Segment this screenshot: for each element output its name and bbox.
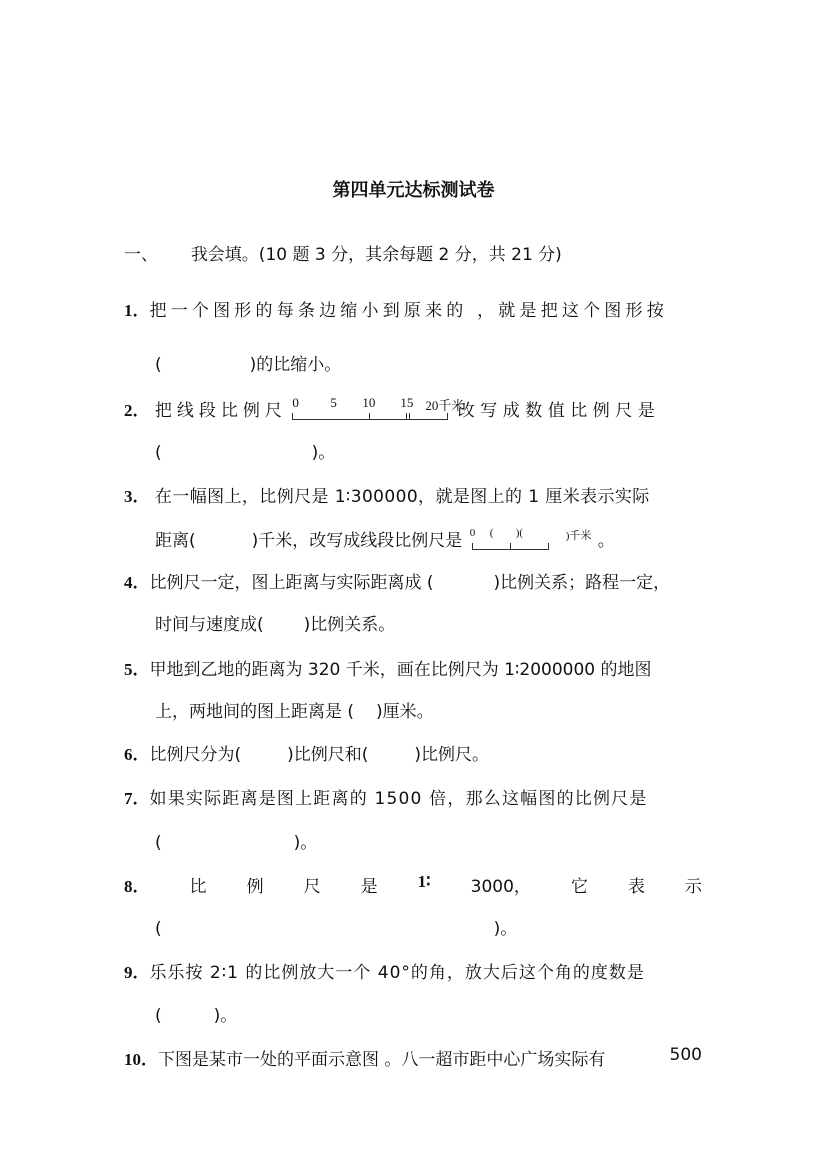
question-text: )千米，改写成线段比例尺是 — [252, 531, 463, 551]
question-number: 3． — [124, 487, 150, 506]
scale-label: 10 — [362, 395, 375, 411]
question-9-line-1: 9．乐乐按 2∶1 的比例放大一个 40°的角，放大后这个角的度数是 — [124, 958, 645, 983]
scale-label-blank[interactable]: )( — [516, 527, 523, 539]
question-4-line-2: 时间与速度成()比例关系。 — [155, 610, 395, 635]
line-scale-bar-blank: 0 ( )( )千米 — [468, 531, 598, 551]
question-text: )比例关系；路程一定， — [494, 573, 671, 593]
question-text: 比例尺分为( — [150, 745, 242, 765]
question-word: 表 — [628, 872, 645, 897]
question-9-line-2: ()。 — [155, 1001, 237, 1026]
question-1-line-1: 1．把一个图形的每条边缩小到原来的 ，就是把这个图形按 — [124, 296, 702, 321]
scale-label: )千米 — [566, 527, 592, 543]
question-word: 尺 — [304, 872, 321, 897]
answer-blank-open[interactable]: ( — [155, 443, 162, 463]
question-text: 500 — [670, 1045, 702, 1070]
question-text: 在一幅图上，比例尺是 1∶300000，就是图上的 1 厘米表示实际 — [155, 487, 650, 507]
question-3-line-2: 距离()千米，改写成线段比例尺是 0 ( )( )千米 。 — [155, 526, 615, 551]
question-word: 3000， — [471, 872, 531, 897]
answer-blank-open[interactable]: ( — [155, 1006, 162, 1026]
question-text: 乐乐按 2∶1 的比例放大一个 40°的角，放大后这个角的度数是 — [150, 963, 645, 983]
question-1-line-2: ()的比缩小。 — [155, 350, 341, 375]
page-title: 第四单元达标测试卷 — [0, 176, 827, 202]
question-text: )。 — [312, 443, 336, 463]
answer-blank-open[interactable]: ( — [155, 919, 162, 939]
question-3-line-1: 3． 在一幅图上，比例尺是 1∶300000，就是图上的 1 厘米表示实际 — [124, 482, 650, 507]
question-number: 4． — [124, 573, 150, 592]
question-text: )比例尺和( — [287, 745, 368, 765]
section-heading: 一、 我会填。(10 题 3 分，其余每题 2 分，共 21 分) — [124, 240, 562, 265]
question-8-line-2: ()。 — [155, 914, 517, 939]
question-number: 7． — [124, 789, 150, 808]
question-word: 例 — [247, 872, 264, 897]
question-text: 距离( — [155, 531, 196, 551]
question-text: 把线段比例尺 — [155, 401, 287, 421]
answer-blank-open[interactable]: ( — [155, 355, 162, 375]
question-2-line-1: 2． 把线段比例尺 0 5 10 15 20千米 改写成数值比例尺是 — [124, 396, 660, 421]
section-instructions: 我会填。(10 题 3 分，其余每题 2 分，共 21 分) — [191, 245, 562, 265]
question-text: 比例尺一定，图上距离与实际距离成 ( — [150, 573, 434, 593]
question-text: )。 — [214, 1006, 238, 1026]
section-label: 一、 — [124, 245, 158, 265]
question-2-line-2: ()。 — [155, 438, 335, 463]
scale-label: 0 — [292, 395, 299, 411]
question-text: )厘米。 — [376, 702, 434, 722]
question-5-line-1: 5．甲地到乙地的距离为 320 千米，画在比例尺为 1∶2000000 的地图 — [124, 655, 652, 680]
question-number: 2． — [124, 401, 150, 420]
question-4-line-1: 4．比例尺一定，图上距离与实际距离成 ()比例关系；路程一定， — [124, 568, 670, 593]
question-text: )的比缩小。 — [250, 355, 342, 375]
scale-label-blank[interactable]: ( — [490, 527, 494, 539]
question-text: 下图是某市一处的平面示意图 。八一超市距中心广场实际有 — [158, 1050, 605, 1070]
question-text: )比例关系。 — [304, 615, 396, 635]
question-text: )。 — [494, 919, 518, 939]
answer-blank-open[interactable]: ( — [155, 833, 162, 853]
scale-label: 5 — [330, 395, 337, 411]
question-text: )比例尺。 — [414, 745, 489, 765]
scale-label: 20千米 — [425, 395, 464, 414]
question-text: 如果实际距离是图上距离的 1500 倍，那么这幅图的比例尺是 — [150, 789, 648, 809]
scale-label: 15 — [400, 395, 413, 411]
question-text: 上，两地间的图上距离是 ( — [155, 702, 354, 722]
question-word: 示 — [685, 872, 702, 897]
question-word: 它 — [571, 872, 588, 897]
question-number: 9． — [124, 963, 150, 982]
question-number: 1． — [124, 301, 150, 320]
question-text: )。 — [294, 833, 318, 853]
question-text: 把一个图形的每条边缩小到原来的 ，就是把这个图形按 — [150, 301, 668, 321]
question-text: 甲地到乙地的距离为 320 千米，画在比例尺为 1∶2000000 的地图 — [150, 660, 652, 680]
line-scale-bar: 0 5 10 15 20千米 — [292, 399, 452, 421]
question-word: 是 — [361, 872, 378, 897]
question-number: 6． — [124, 745, 150, 764]
question-number: 5． — [124, 660, 150, 679]
question-10-line-1: 10．下图是某市一处的平面示意图 。八一超市距中心广场实际有 500 — [124, 1045, 702, 1070]
question-7-line-2: ()。 — [155, 828, 317, 853]
scale-label: 0 — [470, 527, 476, 539]
question-7-line-1: 7．如果实际距离是图上距离的 1500 倍，那么这幅图的比例尺是 — [124, 784, 648, 809]
question-text: 时间与速度成( — [155, 615, 264, 635]
question-word: 1∶ — [418, 872, 431, 897]
question-8-line-1: 8． 比 例 尺 是 1∶ 3000， 它 表 示 — [124, 872, 702, 897]
question-text: 改写成数值比例尺是 — [458, 401, 661, 421]
question-5-line-2: 上，两地间的图上距离是 ()厘米。 — [155, 697, 434, 722]
question-word: 比 — [190, 872, 207, 897]
question-6-line-1: 6．比例尺分为()比例尺和()比例尺。 — [124, 740, 489, 765]
question-text: 。 — [598, 531, 615, 551]
question-number: 10． — [124, 1050, 158, 1069]
question-number: 8． — [124, 872, 150, 897]
